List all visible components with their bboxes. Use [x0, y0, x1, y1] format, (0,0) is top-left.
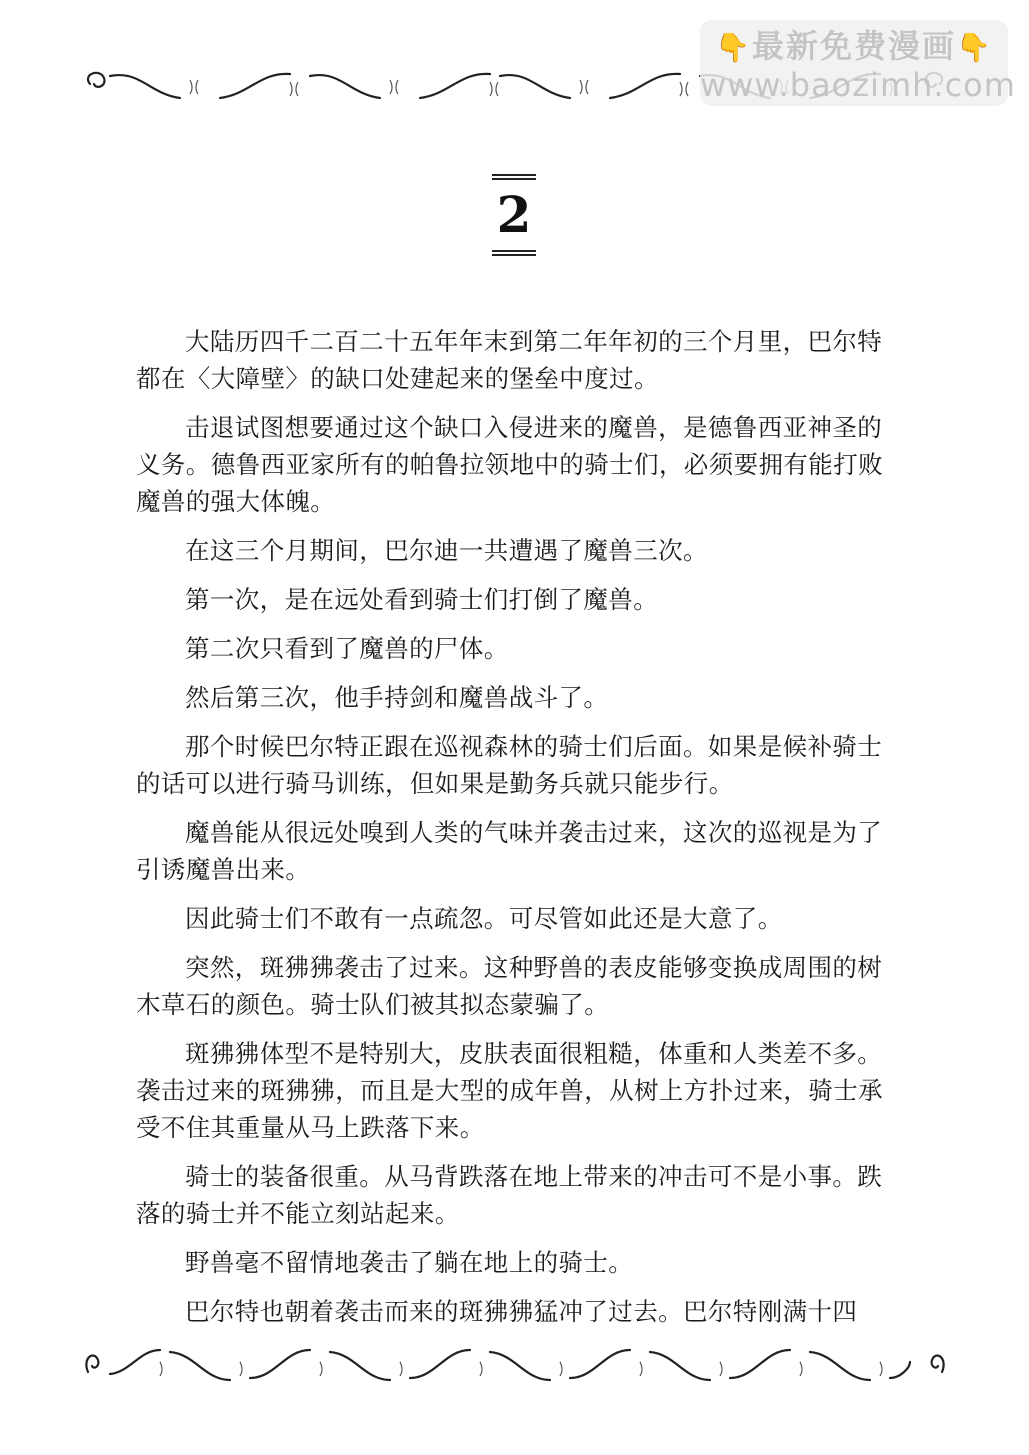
paragraph: 在这三个月期间，巴尔迪一共遭遇了魔兽三次。 [136, 532, 896, 569]
paragraph: 野兽毫不留情地袭击了躺在地上的骑士。 [136, 1244, 896, 1281]
paragraph: 巴尔特也朝着袭击而来的斑狒狒猛冲了过去。巴尔特刚满十四 [136, 1293, 896, 1330]
watermark-title: 最新免费漫画 [752, 27, 956, 65]
paragraph: 第二次只看到了魔兽的尸体。 [136, 630, 896, 667]
chapter-heading: 2 [492, 174, 536, 256]
watermark-banner[interactable]: 👇最新免费漫画👇 www.baozimh.com [700, 20, 1008, 106]
pointing-down-hand-icon: 👇 [715, 31, 752, 64]
paragraph: 突然，斑狒狒袭击了过来。这种野兽的表皮能够变换成周围的树木草石的颜色。骑士队们被… [136, 949, 896, 1023]
paragraph: 然后第三次，他手持剑和魔兽战斗了。 [136, 679, 896, 716]
paragraph: 因此骑士们不敢有一点疏忽。可尽管如此还是大意了。 [136, 900, 896, 937]
paragraph: 大陆历四千二百二十五年年末到第二年年初的三个月里，巴尔特都在〈大障壁〉的缺口处建… [136, 323, 896, 397]
bottom-ornamental-border [80, 1342, 950, 1390]
pointing-down-hand-icon: 👇 [956, 31, 993, 64]
watermark-url[interactable]: www.baozimh.com [700, 68, 1008, 102]
paragraph: 第一次，是在远处看到骑士们打倒了魔兽。 [136, 581, 896, 618]
paragraph: 那个时候巴尔特正跟在巡视森林的骑士们后面。如果是候补骑士的话可以进行骑马训练，但… [136, 728, 896, 802]
paragraph: 魔兽能从很远处嗅到人类的气味并袭击过来，这次的巡视是为了引诱魔兽出来。 [136, 814, 896, 888]
chapter-number: 2 [492, 180, 536, 250]
chapter-rule-bottom [492, 250, 536, 256]
paragraph: 击退试图想要通过这个缺口入侵进来的魔兽，是德鲁西亚神圣的义务。德鲁西亚家所有的帕… [136, 409, 896, 520]
paragraph: 斑狒狒体型不是特别大，皮肤表面很粗糙，体重和人类差不多。袭击过来的斑狒狒，而且是… [136, 1035, 896, 1146]
body-text: 大陆历四千二百二十五年年末到第二年年初的三个月里，巴尔特都在〈大障壁〉的缺口处建… [136, 323, 896, 1342]
paragraph: 骑士的装备很重。从马背跌落在地上带来的冲击可不是小事。跌落的骑士并不能立刻站起来… [136, 1158, 896, 1232]
